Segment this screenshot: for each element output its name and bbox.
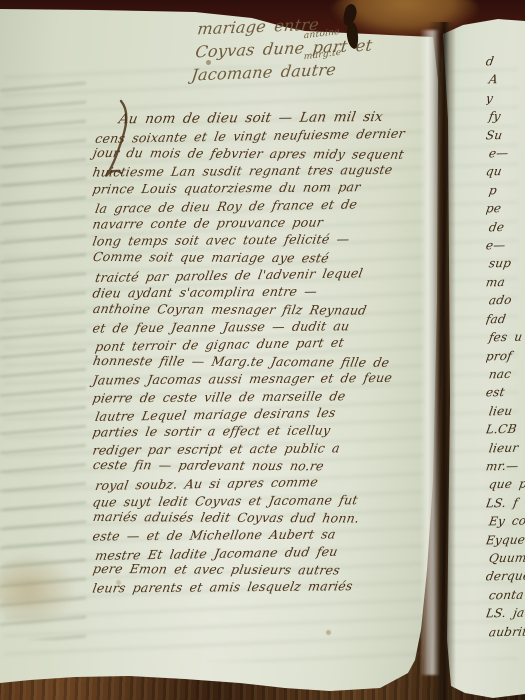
fragment-line: aubrit bbox=[487, 622, 525, 641]
margin-note: antoine marg.te bbox=[304, 24, 341, 66]
fragment-line: nac bbox=[487, 365, 525, 384]
fragment-line: est bbox=[486, 383, 525, 402]
fragment-line: pe bbox=[486, 199, 525, 218]
fragment-line: mr.— bbox=[486, 457, 525, 476]
title-annotation: mariage entre Coyvas dune part et Jacoma… bbox=[198, 14, 372, 83]
fragment-line: LS. ja bbox=[486, 604, 525, 623]
fragment-line: sup bbox=[487, 254, 525, 273]
fragment-line: e— bbox=[486, 236, 525, 255]
fragment-line: Su bbox=[486, 125, 525, 144]
manuscript-line: dieu aydant s'acomplira entre — bbox=[91, 282, 441, 302]
manuscript-line: leurs parents et amis lesquelz mariés bbox=[91, 577, 441, 597]
fragment-line: e— bbox=[487, 144, 525, 163]
margin-note-line: marg.te bbox=[304, 43, 342, 68]
fragment-line: Ey cou bbox=[487, 512, 525, 531]
fragment-line: lieur bbox=[487, 438, 525, 457]
fragment-line: p bbox=[487, 181, 525, 200]
manuscript-photo: mariage entre Coyvas dune part et Jacoma… bbox=[0, 0, 525, 700]
fragment-line: ado bbox=[487, 291, 525, 310]
fragment-line: que p bbox=[487, 475, 525, 494]
fragment-line: qu bbox=[486, 162, 525, 181]
fragment-line: de bbox=[487, 217, 525, 236]
fragment-line: Eyqueb bbox=[486, 530, 525, 549]
fragment-line: derqueb bbox=[486, 567, 525, 586]
manuscript-body-text: Au nom de dieu soit — Lan mil sixcens so… bbox=[93, 110, 440, 596]
fragment-line: L.CB bbox=[486, 420, 525, 439]
fragment-line: A bbox=[487, 70, 525, 89]
fragment-line: Quum bbox=[487, 549, 525, 568]
fragment-line: fes u bbox=[487, 328, 525, 347]
fragment-line: prof bbox=[486, 346, 525, 365]
fragment-line: d bbox=[486, 52, 525, 71]
fragment-line: y bbox=[486, 88, 525, 107]
fragment-line: LS. f bbox=[486, 493, 525, 512]
fragment-line: lieu bbox=[487, 401, 525, 420]
right-page-line-fragments: dAyfySue—quppedee—supmaadofadfes uprofna… bbox=[486, 52, 525, 641]
fragment-line: conta bbox=[487, 585, 525, 604]
fragment-line: fy bbox=[487, 107, 525, 126]
fragment-line: ma bbox=[486, 273, 525, 292]
fragment-line: fad bbox=[486, 309, 525, 328]
manuscript-line: long temps soit avec toute felicité — bbox=[91, 230, 441, 250]
